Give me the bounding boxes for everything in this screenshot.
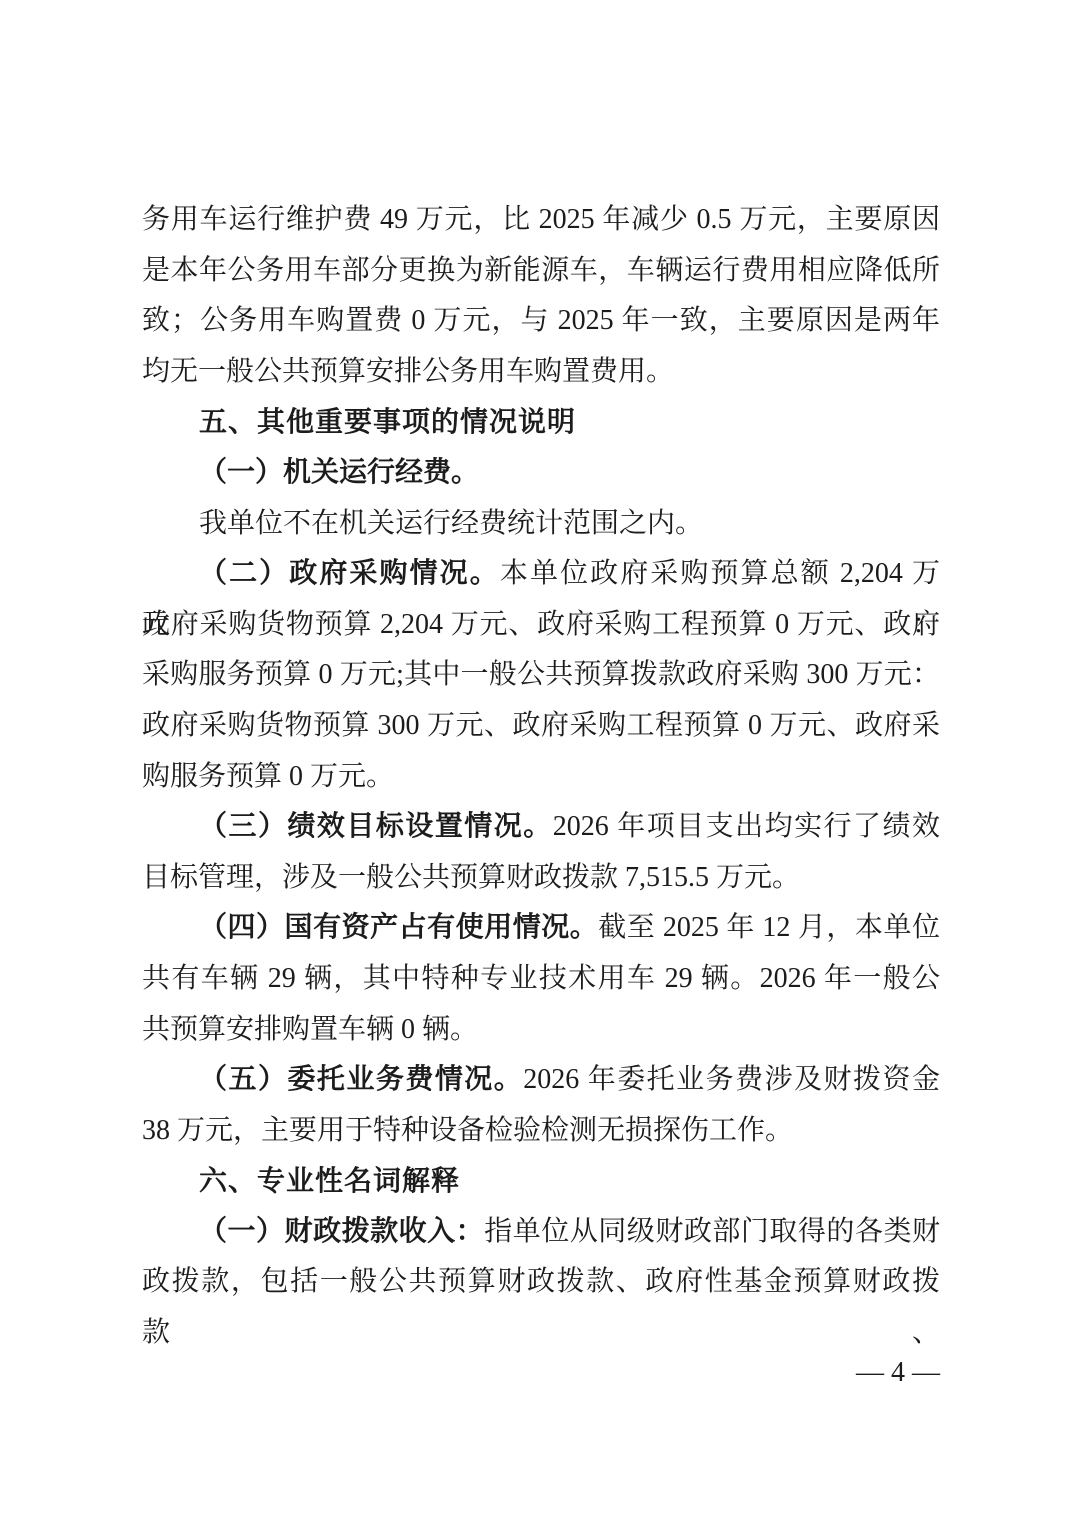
text-run: 2026 年委托业务费涉及财拨资金 xyxy=(523,1064,940,1095)
para-performance-targets-line-2: 目标管理，涉及一般公共预算财政拨款 7,515.5 万元。 xyxy=(142,853,940,904)
text-run: 2026 年项目支出均实行了绩效 xyxy=(553,811,940,842)
document-body: 务用车运行维护费 49 万元，比 2025 年减少 0.5 万元，主要原因是本年… xyxy=(142,195,940,1308)
text-run: 政府采购货物预算 300 万元、政府采购工程预算 0 万元、政府采 xyxy=(142,710,940,741)
text-run: 务用车运行维护费 49 万元，比 2025 年减少 0.5 万元，主要原因 xyxy=(142,204,940,235)
text-run: 采购服务预算 0 万元;其中一般公共预算拨款政府采购 300 万元： xyxy=(142,659,940,690)
text-run: 致；公务用车购置费 0 万元，与 2025 年一致，主要原因是两年 xyxy=(142,305,940,336)
page-number: — 4 — xyxy=(856,1357,940,1388)
document-page: 务用车运行维护费 49 万元，比 2025 年减少 0.5 万元，主要原因是本年… xyxy=(0,0,1074,1520)
heading-section-6-terminology: 六、专业性名词解释 xyxy=(142,1156,940,1207)
para-gov-procurement-line-5: 购服务预算 0 万元。 xyxy=(142,752,940,803)
para-vehicle-costs-line-2: 是本年公务用车部分更换为新能源车，车辆运行费用相应降低所 xyxy=(142,246,940,297)
bold-text-run: （三）绩效目标设置情况。 xyxy=(199,811,553,842)
text-run: 是本年公务用车部分更换为新能源车，车辆运行费用相应降低所 xyxy=(142,255,940,286)
para-vehicle-costs-line-1: 务用车运行维护费 49 万元，比 2025 年减少 0.5 万元，主要原因 xyxy=(142,195,940,246)
para-entrusted-services-line-1: （五）委托业务费情况。2026 年委托业务费涉及财拨资金 xyxy=(142,1055,940,1106)
para-fiscal-appropriation-line-2: 政拨款，包括一般公共预算财政拨款、政府性基金预算财政拨款、 xyxy=(142,1257,940,1308)
text-run: 截至 2025 年 12 月，本单位 xyxy=(598,912,940,943)
subheading-agency-operating-funds: （一）机关运行经费。 xyxy=(142,448,940,499)
text-run: 38 万元，主要用于特种设备检验检测无损探伤工作。 xyxy=(142,1115,793,1146)
bold-text-run: （一）财政拨款收入： xyxy=(199,1216,484,1247)
text-run: 我单位不在机关运行经费统计范围之内。 xyxy=(199,508,703,539)
para-agency-operating-funds: 我单位不在机关运行经费统计范围之内。 xyxy=(142,499,940,550)
para-gov-procurement-line-4: 政府采购货物预算 300 万元、政府采购工程预算 0 万元、政府采 xyxy=(142,701,940,752)
bold-text-run: 五、其他重要事项的情况说明 xyxy=(199,406,576,437)
para-entrusted-services-line-2: 38 万元，主要用于特种设备检验检测无损探伤工作。 xyxy=(142,1106,940,1157)
para-gov-procurement-line-3: 采购服务预算 0 万元;其中一般公共预算拨款政府采购 300 万元： xyxy=(142,650,940,701)
text-run: 指单位从同级财政部门取得的各类财 xyxy=(484,1216,940,1247)
para-fiscal-appropriation-line-1: （一）财政拨款收入：指单位从同级财政部门取得的各类财 xyxy=(142,1207,940,1258)
para-vehicle-costs-line-4: 均无一般公共预算安排公务用车购置费用。 xyxy=(142,347,940,398)
bold-text-run: （二）政府采购情况。 xyxy=(199,558,500,589)
text-run: 政拨款，包括一般公共预算财政拨款、政府性基金预算财政拨款、 xyxy=(142,1266,940,1348)
bold-text-run: （五）委托业务费情况。 xyxy=(199,1064,523,1095)
para-vehicle-costs-line-3: 致；公务用车购置费 0 万元，与 2025 年一致，主要原因是两年 xyxy=(142,296,940,347)
text-run: 均无一般公共预算安排公务用车购置费用。 xyxy=(142,356,674,387)
bold-text-run: （四）国有资产占有使用情况。 xyxy=(199,912,598,943)
page-footer: — 4 — xyxy=(142,1348,940,1398)
text-run: 政府采购货物预算 2,204 万元、政府采购工程预算 0 万元、政府 xyxy=(142,609,940,640)
text-run: 共预算安排购置车辆 0 辆。 xyxy=(142,1014,478,1045)
text-run: 共有车辆 29 辆，其中特种专业技术用车 29 辆。2026 年一般公 xyxy=(142,963,940,994)
para-gov-procurement-line-1: （二）政府采购情况。本单位政府采购预算总额 2,204 万元： xyxy=(142,549,940,600)
bold-text-run: 六、专业性名词解释 xyxy=(199,1165,460,1196)
text-run: 购服务预算 0 万元。 xyxy=(142,761,394,792)
bold-text-run: （一）机关运行经费。 xyxy=(199,457,479,488)
heading-section-5-other-important-matters: 五、其他重要事项的情况说明 xyxy=(142,397,940,448)
text-run: 目标管理，涉及一般公共预算财政拨款 7,515.5 万元。 xyxy=(142,862,800,893)
para-state-assets-line-1: （四）国有资产占有使用情况。截至 2025 年 12 月，本单位 xyxy=(142,903,940,954)
para-gov-procurement-line-2: 政府采购货物预算 2,204 万元、政府采购工程预算 0 万元、政府 xyxy=(142,600,940,651)
para-state-assets-line-3: 共预算安排购置车辆 0 辆。 xyxy=(142,1005,940,1056)
para-performance-targets-line-1: （三）绩效目标设置情况。2026 年项目支出均实行了绩效 xyxy=(142,802,940,853)
para-state-assets-line-2: 共有车辆 29 辆，其中特种专业技术用车 29 辆。2026 年一般公 xyxy=(142,954,940,1005)
